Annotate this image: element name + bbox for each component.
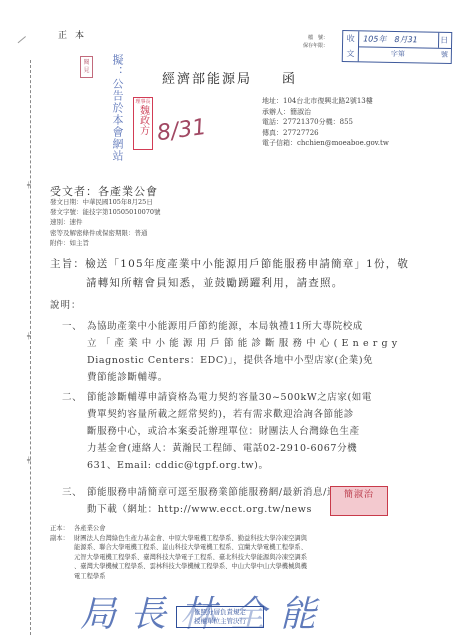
copy-label: 正本 <box>58 28 92 41</box>
subject-line-1: 檢送「105年度產業中小能源用戶節能服務申請簡章」1份，敬 <box>85 258 409 270</box>
copy-line: 元智大學電機工程學系、臺灣科技大學電子工程系、臺北科技大學能源與冷凍空調系 <box>74 553 420 563</box>
original-value: 各產業公會 <box>74 524 420 534</box>
sender-phone: 電話：27721370分機：855 <box>262 117 389 128</box>
item-line: 力基金會(連絡人：黃瀚民工程師、電話02-2910-6067分機 <box>87 440 448 457</box>
receipt-char-top: 收 <box>343 31 358 46</box>
urgency: 速別：速件 <box>50 217 161 227</box>
item-line: 節能診斷輔導申請資格為電力契約容量30~500kW之店家(如電 <box>87 389 448 406</box>
item-line: 動下載（網址：http://www.ecct.org.tw/news <box>87 501 448 518</box>
document-meta: 發文日期：中華民國105年8月25日 發文字號：能技字第10505010070號… <box>50 197 161 248</box>
archive-number-label: 檔 號： <box>303 34 328 42</box>
delegation-stamp: 依照分層負責規定 授權單位主管決行 <box>176 606 264 628</box>
item-line: 立「產業中小能源用戶節能診斷服務中心(Energy <box>87 335 448 352</box>
retention-label: 保存年限： <box>303 42 328 50</box>
item-number: 一、 <box>62 318 82 335</box>
delegation-stamp-line-1: 依照分層負責規定 <box>177 608 263 617</box>
item-line: 費節能診斷輔導。 <box>87 369 448 386</box>
receipt-word-label: 字第 <box>391 47 405 62</box>
item-number: 三、 <box>62 484 82 501</box>
chairman-stamp-name: 魏政方 <box>138 105 149 135</box>
doc-number: 發文字號：能技字第10505010070號 <box>50 207 161 217</box>
binding-mark: ╪ <box>27 182 31 189</box>
explanation-item: 二、 節能診斷輔導申請資格為電力契約容量30~500kW之店家(如電 費單契約容… <box>62 389 448 474</box>
explanation-item: 三、 節能服務申請簡章可逕至服務業節能服務網/最新消息/近期活 動下載（網址：h… <box>62 484 448 518</box>
receipt-char-bottom: 文 <box>343 46 358 61</box>
handwritten-date: 8/31 <box>156 115 208 147</box>
sender-address: 地址：104台北市復興北路2號13樓 <box>262 96 389 107</box>
copy-line: 電工程學系 <box>74 572 420 582</box>
item-line: 斷服務中心，或洽本案委託辦理單位：財團法人台灣綠色生產 <box>87 423 448 440</box>
archive-labels: 檔 號： 保存年限： <box>303 34 328 50</box>
item-line: 節能服務申請簡章可逕至服務業節能服務網/最新消息/近期活 <box>87 484 448 501</box>
chairman-stamp-title: 理事長 <box>134 98 152 105</box>
subject: 主旨：檢送「105年度產業中小能源用戶節能服務申請簡章」1份，敬 請轉知所轄會員… <box>50 255 440 293</box>
red-seal-stamp: 簡淑治 <box>330 486 388 516</box>
chairman-stamp: 理事長 魏政方 <box>133 97 153 150</box>
item-number: 二、 <box>62 389 82 406</box>
copy-line: 財團法人台灣綠色生產力基金會、中原大學電機工程學系、勤益科技大學冷凍空調與 <box>74 534 420 544</box>
item-line: 631、Email: cddic@tgpf.org.tw)。 <box>87 457 448 474</box>
copy-line: 、臺灣大學機械工程學系、雲林科技大學機械工程學系、中山大學中山大學機械與機 <box>74 562 420 572</box>
item-line: 費單契約容量所載之經常契約)，若有需求歡迎洽詢各節能診 <box>87 406 448 423</box>
issue-date: 發文日期：中華民國105年8月25日 <box>50 197 161 207</box>
binding-mark: ╪ <box>27 457 31 464</box>
sender-contact: 承辦人：簡淑治 <box>262 107 389 118</box>
receipt-day-label: 日 <box>440 33 448 48</box>
attachment: 附件：如主旨 <box>50 238 161 248</box>
distribution-list: 正本： 各產業公會 副本： 財團法人台灣綠色生產力基金會、中原大學電機工程學系、… <box>50 524 420 582</box>
agency-title: 經濟部能源局 <box>162 68 252 87</box>
delegation-stamp-line-2: 授權單位主管決行 <box>177 617 263 626</box>
sender-info: 地址：104台北市復興北路2號13樓 承辦人：簡淑治 電話：27721370分機… <box>262 96 389 149</box>
classification: 密等及解密條件或保密期限：普通 <box>50 228 161 238</box>
receipt-number-label: 號 <box>441 48 448 63</box>
item-line: Diagnostic Centers：EDC)」，提供各地中小型店家(企業)免 <box>87 352 448 369</box>
doc-type: 函 <box>282 68 295 87</box>
subject-line-2: 請轉知所轄會員知悉，並鼓勵踴躍利用，請查照。 <box>50 274 440 293</box>
original-label: 正本： <box>50 524 74 534</box>
receipt-date: 105年 8月31 <box>363 31 418 47</box>
handwritten-note: 擬：公告於本會網站 <box>110 54 124 162</box>
copy-label: 副本： <box>50 534 74 582</box>
binding-line <box>30 60 31 635</box>
sender-email: 電子信箱：chchien@moeaboe.gov.tw <box>262 138 389 149</box>
receipt-stamp: 收 文 105年 8月31 日 字第 號 <box>342 30 453 64</box>
sender-fax: 傳真：27727726 <box>262 128 389 139</box>
subject-label: 主旨： <box>50 258 85 270</box>
explanation-label: 說明： <box>50 297 82 311</box>
item-line: 為協助產業中小能源用戶節約能源，本局執禮11所大專院校成 <box>87 318 448 335</box>
read-stamp: 閱見 <box>80 56 93 78</box>
binding-mark: ╪ <box>27 333 31 340</box>
explanation-item: 一、 為協助產業中小能源用戶節約能源，本局執禮11所大專院校成 立「產業中小能源… <box>62 318 448 386</box>
corner-mark <box>18 36 33 51</box>
copy-line: 能源系、聯合大學電機工程系、崑山科技大學電機工程系、宜蘭大學電機工程學系、 <box>74 543 420 553</box>
